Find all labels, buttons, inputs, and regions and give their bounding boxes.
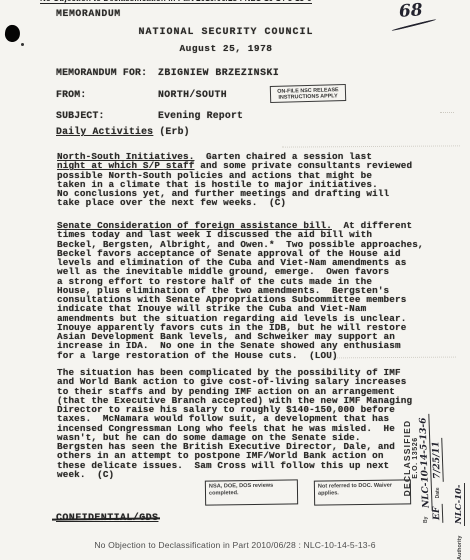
declassification-footer: No Objection to Declassification in Part… xyxy=(0,540,470,550)
declassified-by-label: By xyxy=(423,517,429,523)
memo-for-value: ZBIGNIEW BRZEZINSKI xyxy=(158,67,279,78)
section-heading-suffix: (Erb) xyxy=(153,126,189,137)
memo-for-label: MEMORANDUM FOR: xyxy=(56,67,147,78)
clipped-declass-header-line: No Objection to Declassification in Part… xyxy=(40,0,336,7)
clipped-declass-header-text: No Objection to Declassification in Part… xyxy=(40,0,312,4)
paragraph-north-south-initiatives: North-South Initiatives. Garten chaired … xyxy=(57,152,441,208)
paragraph-2-body: At different times today and last week I… xyxy=(57,220,424,361)
memo-subject-value: Evening Report xyxy=(158,110,243,121)
reviews-completed-stamp: NSA, DOE, DOS reviews completed. xyxy=(205,479,298,505)
not-referred-waiver-stamp: Not referred to DOC. Waiver applies. xyxy=(314,479,411,505)
paragraph-imf-world-bank: The situation has been complicated by th… xyxy=(57,368,441,479)
declassified-authority-handwritten: NLC-10-14-5-13-6 xyxy=(418,415,432,512)
paragraph-senate-consideration: Senate Consideration of foreign assistan… xyxy=(57,221,441,360)
scanned-memo-page: { "page": { "top_clipped_line": "No Obje… xyxy=(0,0,470,560)
section-heading-title: Daily Activities xyxy=(56,126,153,137)
org-title: NATIONAL SECURITY COUNCIL xyxy=(0,27,461,38)
scan-noise-line xyxy=(282,145,460,147)
memo-from-label: FROM: xyxy=(56,89,86,100)
strike-through-line xyxy=(52,517,160,520)
declassified-date-label: Date xyxy=(435,488,441,499)
declassified-date-handwritten: 7/25/11 xyxy=(431,438,444,482)
section-heading: Daily Activities (Erb) xyxy=(56,126,190,137)
declassified-stamp-title: DECLASSIFIED xyxy=(402,393,412,523)
handwritten-page-number: 68 xyxy=(398,0,423,22)
memo-date: August 25, 1978 xyxy=(0,43,461,54)
scan-noise-line xyxy=(440,112,454,113)
edge-authority-handwritten: NLC-10- xyxy=(454,483,465,526)
memo-subject-label: SUBJECT: xyxy=(56,110,105,121)
declassified-stamp-eo: E.O. 13526 xyxy=(412,393,419,523)
nsc-release-stamp: ON-FILE NSC RELEASE INSTRUCTIONS APPLY xyxy=(270,84,346,103)
classification-marking: CONFIDENTIAL/GDS xyxy=(56,513,158,524)
memo-from-value: NORTH/SOUTH xyxy=(158,89,227,100)
memorandum-label: MEMORANDUM xyxy=(56,8,121,19)
declassified-initials-handwritten: EF xyxy=(432,504,444,524)
paragraph-3-body: The situation has been complicated by th… xyxy=(57,367,412,480)
